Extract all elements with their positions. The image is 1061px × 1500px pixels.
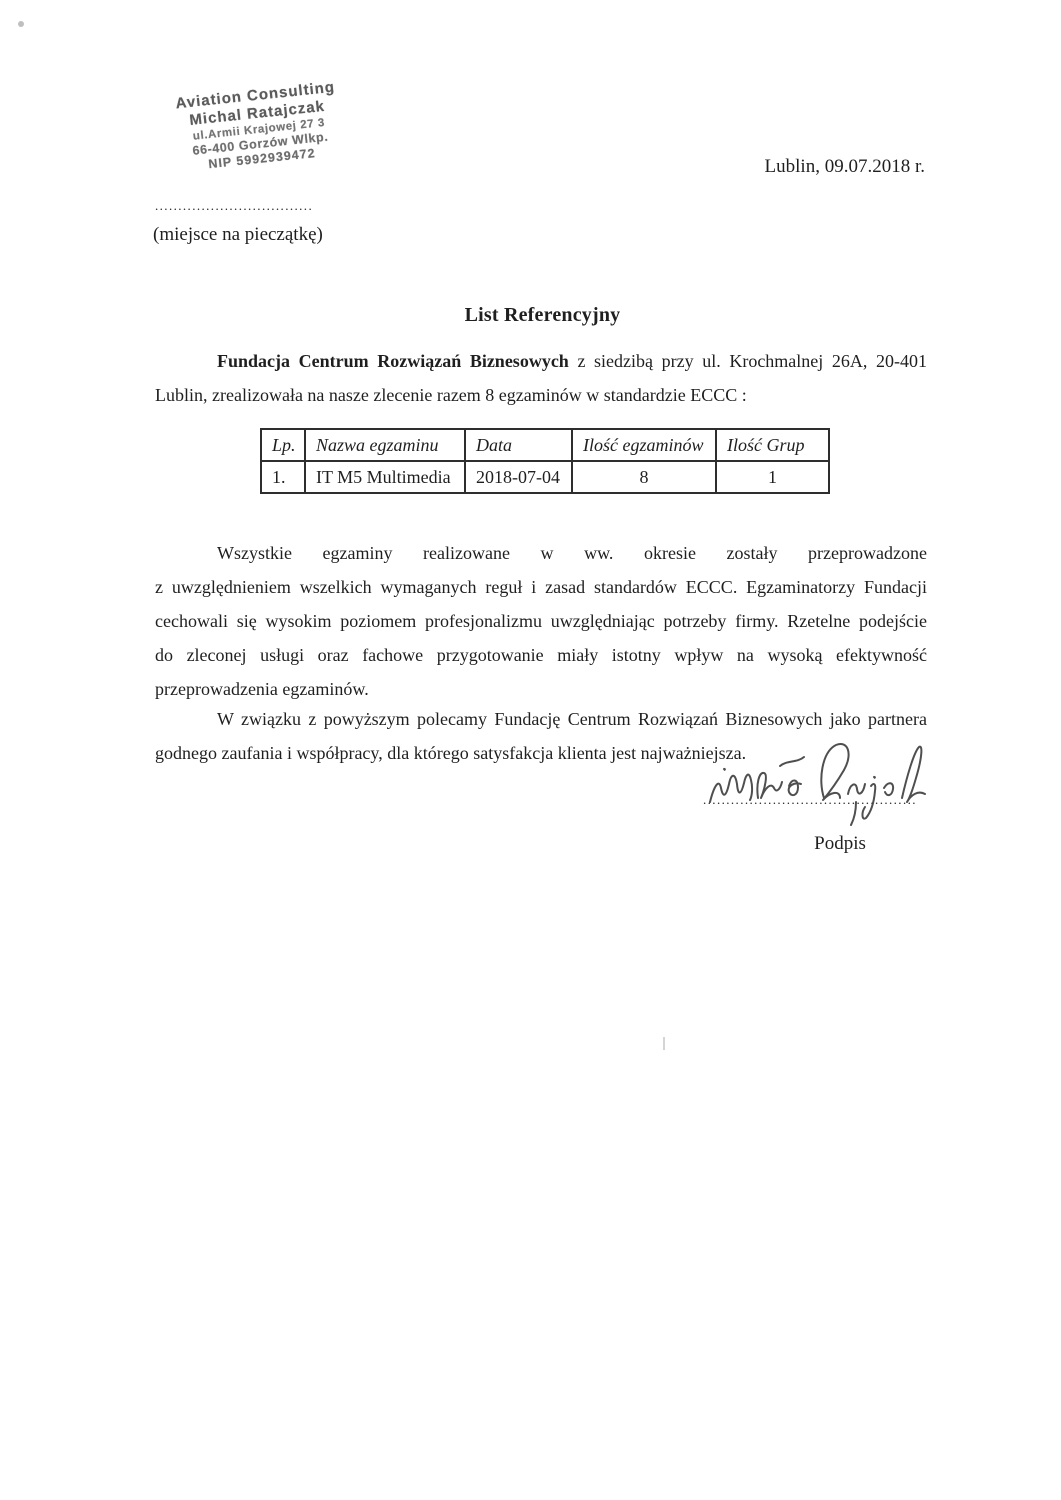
paragraph-quality-line5: przeprowadzenia egzaminów. xyxy=(155,672,927,706)
cell-exam-name: IT M5 Multimedia xyxy=(305,461,465,493)
header-exam-name: Nazwa egzaminu xyxy=(305,429,465,461)
date-line: Lublin, 09.07.2018 r. xyxy=(765,156,925,178)
header-lp: Lp. xyxy=(261,429,305,461)
scan-artifact xyxy=(663,1037,665,1050)
signature-caption: Podpis xyxy=(780,833,900,855)
cell-exam-count: 8 xyxy=(572,461,716,493)
cell-group-count: 1 xyxy=(716,461,829,493)
paragraph-quality: Wszystkie egzaminy realizowane w ww. okr… xyxy=(155,536,927,706)
paragraph-intro: Fundacja Centrum Rozwiązań Biznesowych z… xyxy=(155,344,927,412)
paragraph-intro-line2: Lublin, zrealizowała na nasze zlecenie r… xyxy=(155,378,927,412)
header-group-count: Ilość Grup xyxy=(716,429,829,461)
table-header-row: Lp. Nazwa egzaminu Data Ilość egzaminów … xyxy=(261,429,829,461)
company-stamp: Aviation Consulting Michal Ratajczak ul.… xyxy=(150,76,367,178)
paragraph-quality-line3: cechowali się wysokim poziomem profesjon… xyxy=(155,604,927,638)
stamp-dotted-line: .................................. xyxy=(155,198,313,214)
exams-table: Lp. Nazwa egzaminu Data Ilość egzaminów … xyxy=(260,428,830,494)
scanned-letter-page: { "colors": { "ink": "#1f1f1f", "stamp":… xyxy=(0,0,1061,1500)
header-exam-count: Ilość egzaminów xyxy=(572,429,716,461)
document-title: List Referencyjny xyxy=(24,304,1061,327)
paragraph-recommendation-line1: W związku z powyższym polecamy Fundację … xyxy=(155,702,927,736)
paragraph-intro-line1: Fundacja Centrum Rozwiązań Biznesowych z… xyxy=(155,344,927,378)
paragraph-quality-line2: z uwzględnieniem wszelkich wymaganych re… xyxy=(155,570,927,604)
handwritten-signature xyxy=(688,736,932,836)
cell-date: 2018-07-04 xyxy=(465,461,572,493)
scan-speck xyxy=(18,21,24,27)
foundation-name-bold: Fundacja Centrum Rozwiązań Biznesowych xyxy=(217,351,569,371)
table-row: 1. IT M5 Multimedia 2018-07-04 8 1 xyxy=(261,461,829,493)
paragraph-intro-line1-rest: z siedzibą przy ul. Krochmalnej 26A, 20-… xyxy=(569,351,927,371)
stamp-placeholder-caption: (miejsce na pieczątkę) xyxy=(153,224,323,246)
paragraph-quality-line4: do zleconej usługi oraz fachowe przygoto… xyxy=(155,638,927,672)
header-date: Data xyxy=(465,429,572,461)
paragraph-quality-line1: Wszystkie egzaminy realizowane w ww. okr… xyxy=(155,536,927,570)
cell-lp: 1. xyxy=(261,461,305,493)
